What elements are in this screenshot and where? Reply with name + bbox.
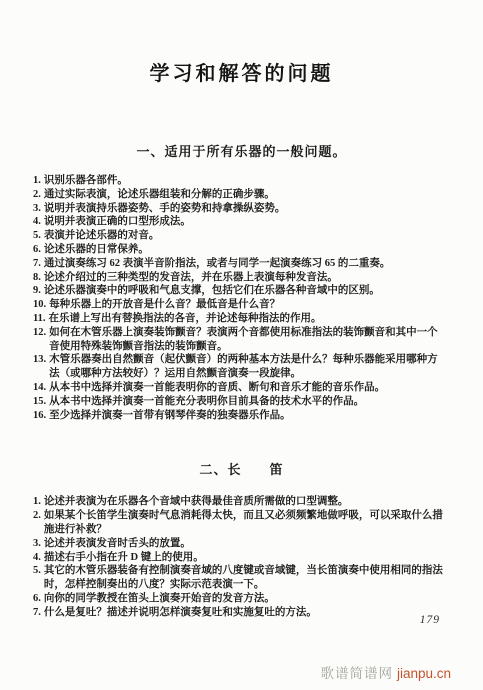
item-number: 2. xyxy=(33,188,41,202)
list-item: 6.论述乐器的日常保养。 xyxy=(33,243,447,257)
list-item: 7.什么是复吐？描述并说明怎样演奏复吐和实施复吐的方法。 xyxy=(33,606,447,620)
list-item: 12.如何在木管乐器上演奏装饰颤音？表演两个音都使用标准指法的装饰颤音和其中一个… xyxy=(33,326,447,354)
item-number: 1. xyxy=(33,495,41,509)
item-number: 7. xyxy=(33,257,41,271)
list-item: 4.描述右手小指在升 D 键上的使用。 xyxy=(33,551,447,565)
watermark: 歌谱简谱网jianpu.cn xyxy=(320,662,451,682)
section-2-list: 1.论述并表演为在乐器各个音域中获得最佳音质所需做的口型调整。2.如果某个长笛学… xyxy=(33,495,447,619)
item-number: 14. xyxy=(33,381,46,395)
item-text: 论述并表演发音时舌头的放置。 xyxy=(44,537,447,551)
item-text: 通过演奏练习 62 表演半音阶指法，或者与同学一起演奏练习 65 的二重奏。 xyxy=(44,257,447,271)
list-item: 11.在乐谱上写出有替换指法的各音，并论述每种指法的作用。 xyxy=(33,312,447,326)
item-text: 什么是复吐？描述并说明怎样演奏复吐和实施复吐的方法。 xyxy=(44,606,447,620)
list-item: 9.论述乐器演奏中的呼吸和气息支撑，包括它们在乐器各种音域中的区别。 xyxy=(33,284,447,298)
list-item: 4.说明并表演正确的口型形成法。 xyxy=(33,215,447,229)
page-title: 学习和解答的问题 xyxy=(0,57,483,86)
section-2-heading: 二、长 笛 xyxy=(0,459,483,478)
list-item: 2.通过实际表演，论述乐器组装和分解的正确步骤。 xyxy=(33,188,447,202)
section-1-list: 1.识别乐器各部件。2.通过实际表演，论述乐器组装和分解的正确步骤。3.说明并表… xyxy=(33,174,447,422)
item-number: 16. xyxy=(33,409,46,423)
list-item: 3.论述并表演发音时舌头的放置。 xyxy=(33,537,447,551)
list-item: 10.每种乐器上的开放音是什么音？最低音是什么音？ xyxy=(33,298,447,312)
list-item: 13.木管乐器奏出自然颤音（起伏颤音）的两种基本方法是什么？每种乐器能采用哪种方… xyxy=(33,353,447,381)
item-text: 论述乐器演奏中的呼吸和气息支撑，包括它们在乐器各种音域中的区别。 xyxy=(44,284,447,298)
list-item: 7.通过演奏练习 62 表演半音阶指法，或者与同学一起演奏练习 65 的二重奏。 xyxy=(33,257,447,271)
item-number: 6. xyxy=(33,592,41,606)
watermark-site-name: 歌谱简谱网 xyxy=(320,666,393,681)
item-text: 每种乐器上的开放音是什么音？最低音是什么音？ xyxy=(49,298,447,312)
item-number: 3. xyxy=(33,537,41,551)
item-text: 论述并表演为在乐器各个音域中获得最佳音质所需做的口型调整。 xyxy=(44,495,447,509)
item-text: 通过实际表演，论述乐器组装和分解的正确步骤。 xyxy=(44,188,447,202)
item-text: 表演并论述乐器的对音。 xyxy=(44,229,447,243)
item-text: 如果某个长笛学生演奏时气息消耗得太快，而且又必须频繁地做呼吸，可以采取什么措施进… xyxy=(44,509,447,537)
item-number: 8. xyxy=(33,271,41,285)
scanned-book-page: 学习和解答的问题 一、适用于所有乐器的一般问题。 1.识别乐器各部件。2.通过实… xyxy=(0,0,483,690)
item-text: 木管乐器奏出自然颤音（起伏颤音）的两种基本方法是什么？每种乐器能采用哪种方法（或… xyxy=(49,353,447,381)
item-number: 5. xyxy=(33,229,41,243)
item-text: 说明并表演持乐器姿势、手的姿势和持拿操纵姿势。 xyxy=(44,202,447,216)
page-number: 179 xyxy=(420,614,440,626)
item-text: 论述乐器的日常保养。 xyxy=(44,243,447,257)
item-number: 12. xyxy=(33,326,46,340)
item-number: 15. xyxy=(33,395,46,409)
item-text: 如何在木管乐器上演奏装饰颤音？表演两个音都使用标准指法的装饰颤音和其中一个音使用… xyxy=(49,326,447,354)
item-number: 13. xyxy=(33,353,46,367)
list-item: 1.论述并表演为在乐器各个音域中获得最佳音质所需做的口型调整。 xyxy=(33,495,447,509)
item-text: 其它的木管乐器装备有控制演奏音域的八度键或音域键，当长笛演奏中使用相同的指法时，… xyxy=(44,564,447,592)
item-text: 从本书中选择并演奏一首能充分表明你目前具备的技术水平的作品。 xyxy=(49,395,447,409)
section-1-heading: 一、适用于所有乐器的一般问题。 xyxy=(0,141,483,160)
watermark-site-url: jianpu.cn xyxy=(397,666,451,681)
item-number: 4. xyxy=(33,551,41,565)
item-number: 10. xyxy=(33,298,46,312)
item-text: 说明并表演正确的口型形成法。 xyxy=(44,215,447,229)
item-number: 5. xyxy=(33,564,41,578)
item-number: 3. xyxy=(33,202,41,216)
item-text: 识别乐器各部件。 xyxy=(44,174,447,188)
item-text: 描述右手小指在升 D 键上的使用。 xyxy=(44,551,447,565)
item-text: 从本书中选择并演奏一首能表明你的音质、断句和音乐才能的音乐作品。 xyxy=(49,381,447,395)
item-text: 至少选择并演奏一首带有钢琴伴奏的独奏器乐作品。 xyxy=(49,409,447,423)
list-item: 14.从本书中选择并演奏一首能表明你的音质、断句和音乐才能的音乐作品。 xyxy=(33,381,447,395)
list-item: 5.其它的木管乐器装备有控制演奏音域的八度键或音域键，当长笛演奏中使用相同的指法… xyxy=(33,564,447,592)
list-item: 1.识别乐器各部件。 xyxy=(33,174,447,188)
item-number: 2. xyxy=(33,509,41,523)
list-item: 16.至少选择并演奏一首带有钢琴伴奏的独奏器乐作品。 xyxy=(33,409,447,423)
list-item: 6.向你的同学教授在笛头上演奏开始音的发音方法。 xyxy=(33,592,447,606)
item-number: 4. xyxy=(33,215,41,229)
item-number: 9. xyxy=(33,284,41,298)
item-text: 在乐谱上写出有替换指法的各音，并论述每种指法的作用。 xyxy=(49,312,447,326)
item-number: 1. xyxy=(33,174,41,188)
item-number: 11. xyxy=(33,312,46,326)
item-number: 6. xyxy=(33,243,41,257)
item-number: 7. xyxy=(33,606,41,620)
list-item: 2.如果某个长笛学生演奏时气息消耗得太快，而且又必须频繁地做呼吸，可以采取什么措… xyxy=(33,509,447,537)
item-text: 向你的同学教授在笛头上演奏开始音的发音方法。 xyxy=(44,592,447,606)
list-item: 3.说明并表演持乐器姿势、手的姿势和持拿操纵姿势。 xyxy=(33,202,447,216)
list-item: 15.从本书中选择并演奏一首能充分表明你目前具备的技术水平的作品。 xyxy=(33,395,447,409)
item-text: 论述介绍过的三种类型的发音法，并在乐器上表演每种发音法。 xyxy=(44,271,447,285)
list-item: 5.表演并论述乐器的对音。 xyxy=(33,229,447,243)
list-item: 8.论述介绍过的三种类型的发音法，并在乐器上表演每种发音法。 xyxy=(33,271,447,285)
